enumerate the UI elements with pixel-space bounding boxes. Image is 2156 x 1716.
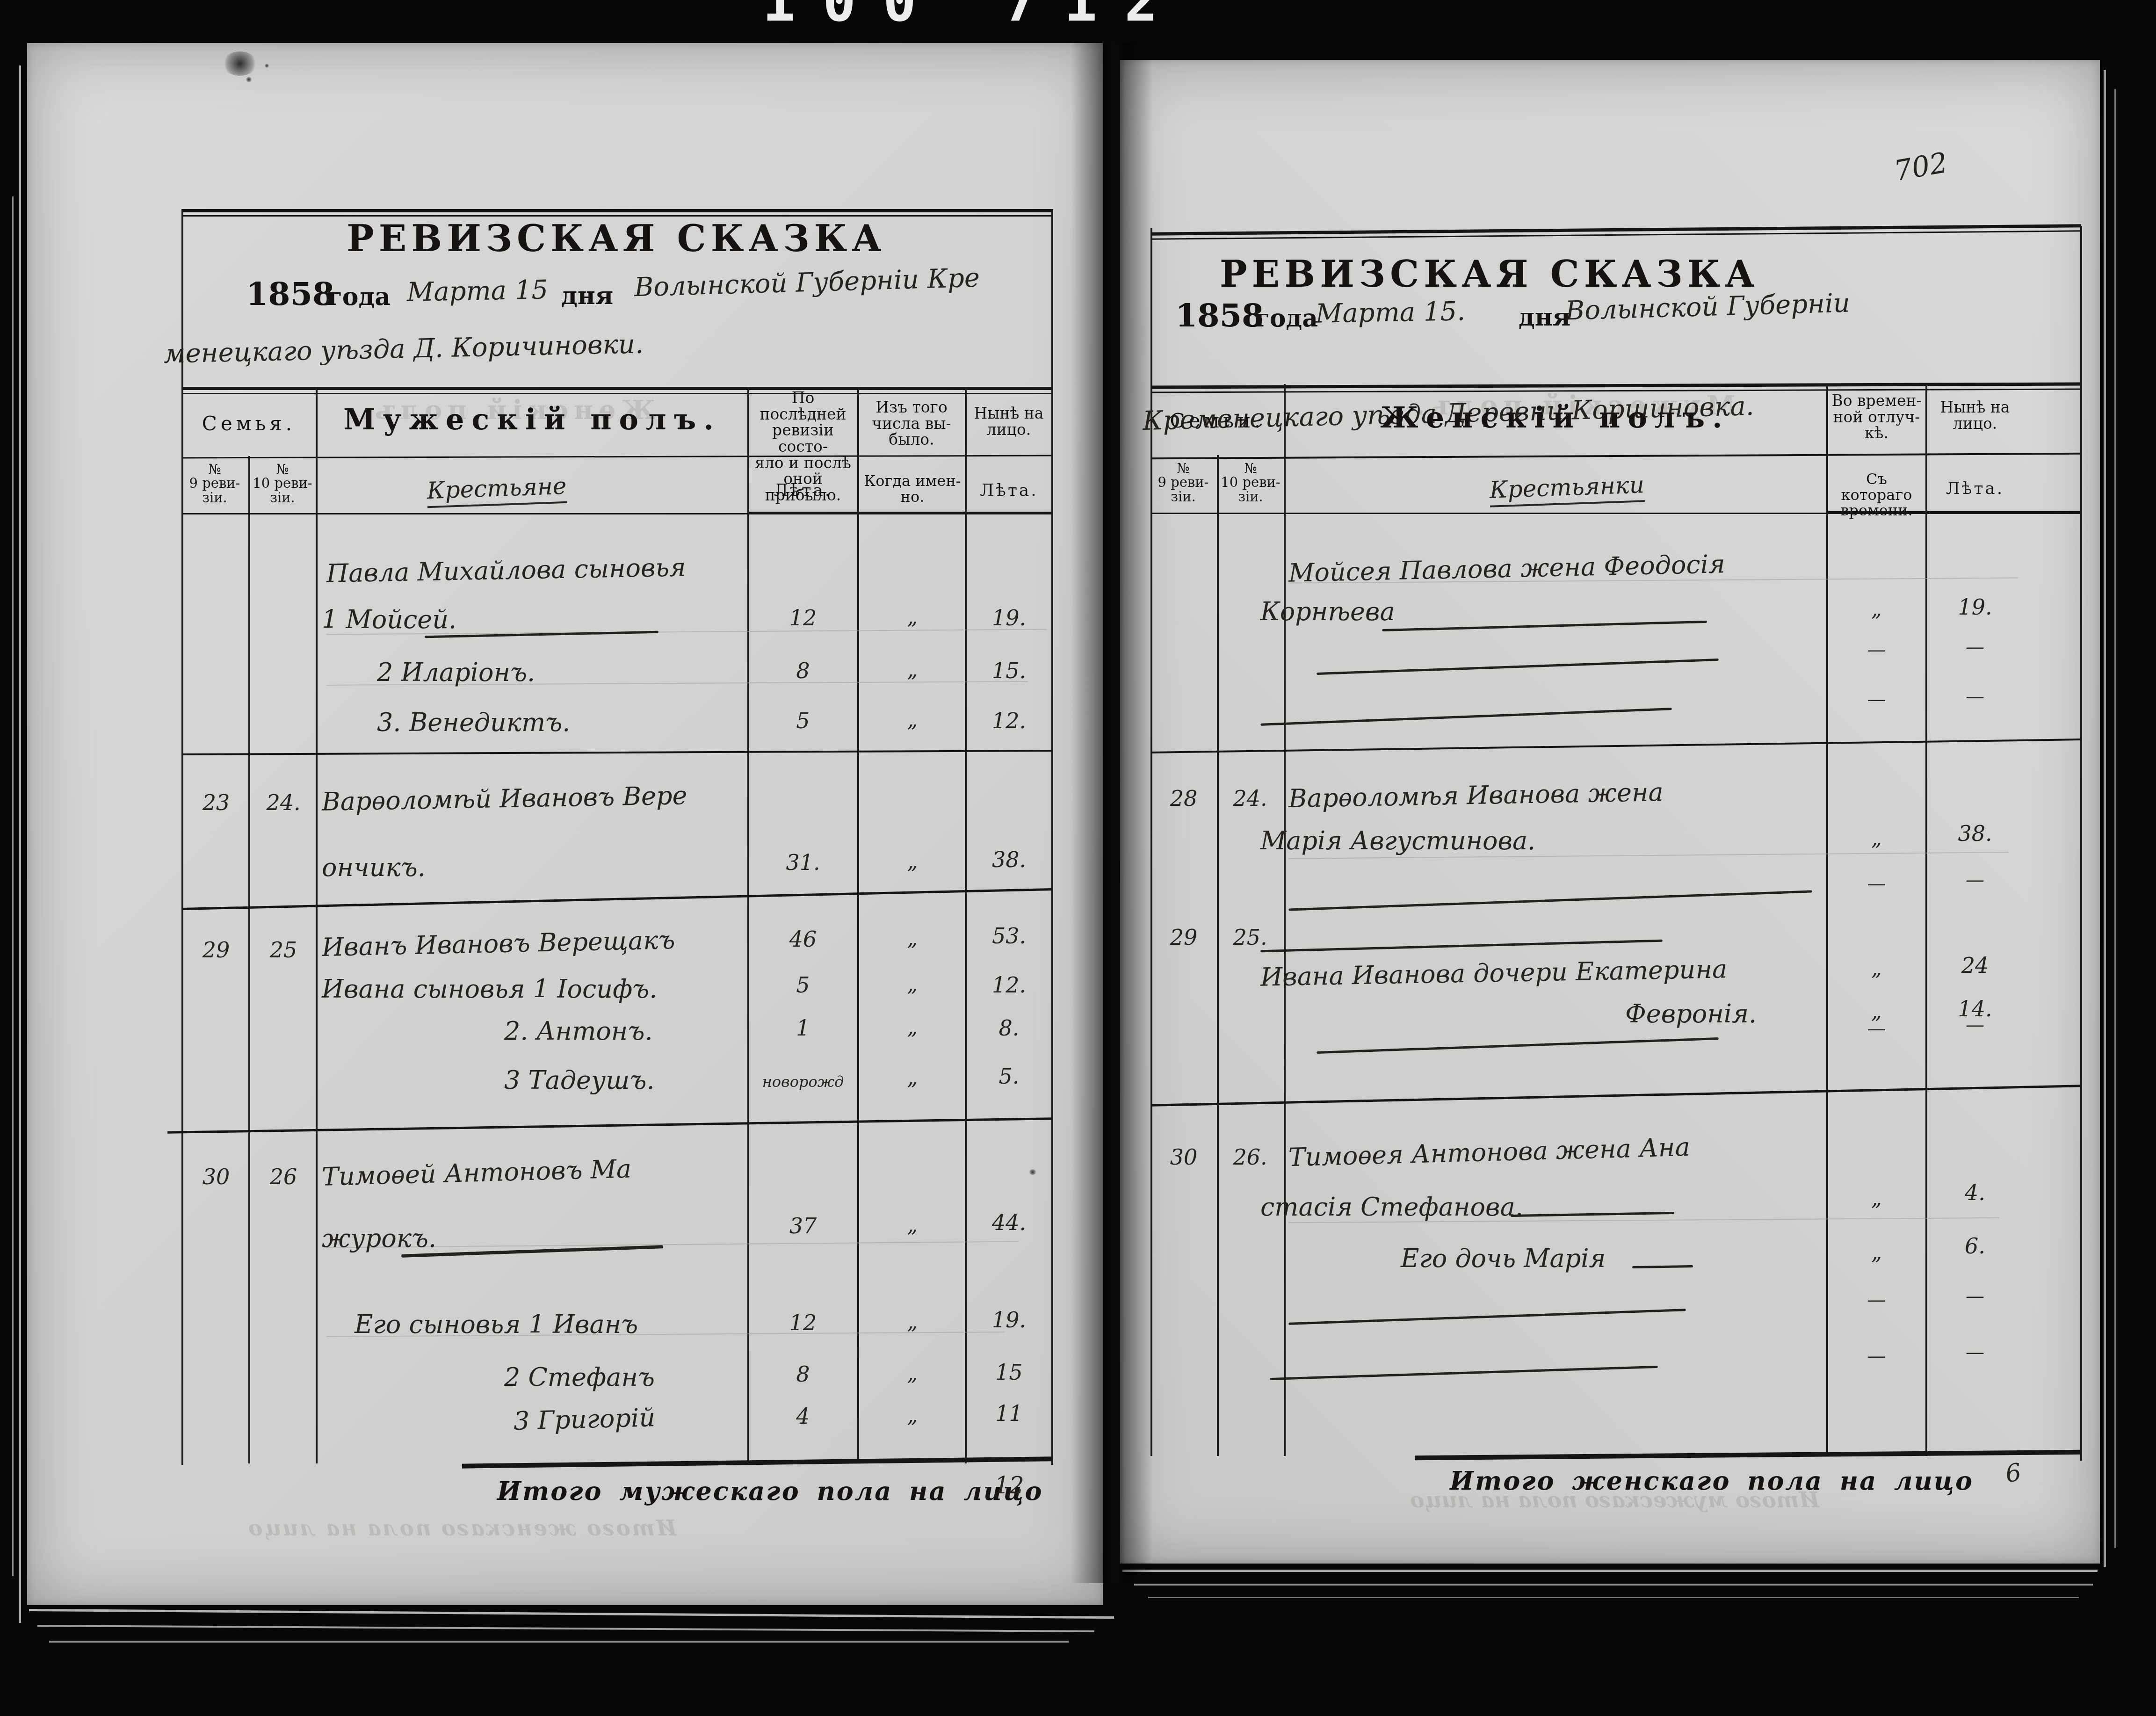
age-now: 44. — [968, 1211, 1050, 1234]
page-torn-edge — [2114, 89, 2116, 1548]
absence-since: — — [1829, 874, 1924, 893]
book-gutter — [1071, 42, 1153, 1583]
row-name: журокъ. — [322, 1225, 436, 1252]
table-rule — [1150, 383, 2081, 389]
row-name: Иванъ Ивановъ Верещакъ — [321, 927, 675, 961]
col-header-present: Нынѣ на лицо. — [1928, 399, 2022, 432]
age-last-revision: 46 — [750, 928, 856, 950]
subcol-peasants: Крестьяне — [427, 474, 567, 508]
ruled-line — [425, 631, 658, 638]
page-stack-edge — [49, 1641, 1069, 1643]
departed-when: „ — [861, 851, 964, 873]
subcol-rev9: № 9 реви- зіи. — [182, 462, 247, 505]
table-rule — [181, 209, 1052, 212]
page-stack-edge — [37, 1625, 1094, 1632]
ink-smudge — [265, 64, 269, 68]
age-now: 5. — [968, 1065, 1050, 1087]
row-name: Ивана сыновья 1 Іосифъ. — [322, 976, 658, 1003]
row-name: Варѳоломѣя Иванова жена — [1288, 779, 1664, 812]
date-year: 1858 — [1175, 299, 1264, 333]
age-now: — — [1928, 1342, 2022, 1362]
departed-when: „ — [861, 928, 964, 949]
age-now: 38. — [1928, 822, 2022, 845]
absence-since: „ — [1829, 828, 1924, 849]
family-no-rev10: 26 — [251, 1166, 316, 1188]
absence-since: „ — [1829, 958, 1924, 979]
age-now: 19. — [1928, 596, 2022, 618]
age-now: 15. — [968, 659, 1050, 682]
row-name: 2. Антонъ. — [504, 1018, 653, 1045]
col-header-absence: Во времен- ной отлуч- кѣ. — [1829, 393, 1924, 442]
departed-when: „ — [861, 1405, 964, 1426]
age-last-revision: 8 — [750, 1363, 856, 1385]
age-last-revision: 31. — [750, 851, 856, 874]
age-now: — — [1928, 870, 2022, 890]
date-dnya-label: дня — [561, 283, 613, 309]
age-now: — — [1928, 1015, 2022, 1035]
family-no-rev9: 30 — [1152, 1146, 1215, 1168]
absence-since: „ — [1829, 1188, 1924, 1209]
row-name: стасія Стефанова. — [1260, 1194, 1523, 1221]
table-border-right — [1051, 209, 1053, 1465]
age-now: 53. — [968, 925, 1050, 947]
total-label: Итого женскаго пола на лицо — [1450, 1468, 1974, 1494]
age-last-revision: новорожд — [750, 1074, 856, 1090]
ink-smudge — [246, 77, 252, 82]
age-last-revision: 4 — [750, 1405, 856, 1427]
col-header-gender: Мужескій полъ. — [317, 404, 747, 434]
ruled-line — [1260, 940, 1663, 953]
date-dnya-label: дня — [1519, 305, 1570, 331]
row-family-heading: Мойсея Павлова жена Феодосія — [1288, 551, 1726, 586]
page-stack-edge — [1134, 1584, 2093, 1586]
age-now: 6. — [1928, 1235, 2022, 1257]
absence-since: — — [1829, 1346, 1924, 1366]
row-family-heading: Павла Михайлова сыновья — [326, 554, 686, 587]
family-separator — [1150, 1085, 2081, 1107]
row-name: Ивана Иванова дочери Екатерина — [1260, 956, 1728, 991]
total-value: 12 — [972, 1473, 1047, 1498]
film-strip: 100 712 — [720, 0, 1469, 27]
page-stack-edge — [1148, 1597, 2079, 1598]
age-last-revision: 12 — [750, 1311, 856, 1334]
column-line — [248, 456, 250, 1463]
absence-since: — — [1829, 1019, 1924, 1038]
column-line — [1925, 384, 1927, 1456]
ruled-line — [1260, 708, 1672, 726]
age-now: 19. — [968, 607, 1050, 629]
row-name: ончикъ. — [322, 854, 426, 881]
family-no-rev10: 25. — [1218, 926, 1282, 949]
absence-since: — — [1829, 1290, 1924, 1310]
family-no-rev10: 24. — [251, 791, 316, 814]
family-no-rev10: 25 — [251, 939, 316, 961]
age-now: 15 — [968, 1361, 1050, 1383]
age-now: 38. — [968, 848, 1050, 871]
table-border-left — [181, 209, 183, 1465]
family-no-rev9: 29 — [1152, 926, 1215, 949]
page-stack-edge — [12, 196, 14, 1576]
total-rule — [462, 1456, 1052, 1468]
family-no-rev10: 24. — [1218, 787, 1282, 810]
subcol-when: Когда имен- но. — [861, 473, 964, 505]
microfilm-scan: 100 712 — [0, 0, 2156, 1716]
subcol-since: Съ котораго времени. — [1829, 471, 1924, 519]
ruled-line — [1632, 1265, 1693, 1268]
page-title: РЕВИЗСКАЯ СКАЗКА — [181, 220, 1051, 258]
ink-smudge — [223, 51, 257, 76]
page-stack-edge — [1122, 1570, 2098, 1572]
col-header-gender: Женскій полъ. — [1284, 402, 1826, 433]
date-month-day: Марта 15 — [407, 276, 549, 306]
absence-since: — — [1829, 640, 1924, 659]
column-line — [1284, 384, 1286, 1456]
column-line — [747, 387, 749, 1463]
folio-number: 702 — [1892, 148, 1950, 187]
table-rule — [181, 215, 1052, 217]
age-last-revision: 5 — [750, 974, 856, 996]
age-now: 19. — [968, 1309, 1050, 1331]
family-no-rev9: 29 — [184, 939, 248, 961]
family-no-rev9: 28 — [1152, 787, 1215, 810]
subcol-rev10: № 10 реви- зіи. — [1218, 461, 1283, 504]
date-month-day: Марта 15. — [1316, 298, 1466, 328]
age-last-revision: 37 — [750, 1215, 856, 1237]
page-stack-edge — [19, 65, 21, 1623]
date-goda-label: года — [1255, 306, 1318, 332]
ruled-line — [1288, 1309, 1686, 1325]
row-name: Корнѣева — [1260, 599, 1395, 625]
total-rule — [1415, 1450, 2081, 1460]
ruled-line — [1382, 621, 1707, 631]
table-rule — [181, 455, 1052, 459]
column-line — [1217, 455, 1219, 1456]
age-now: 4. — [1928, 1181, 2022, 1204]
ruled-line — [1270, 1366, 1658, 1380]
column-line — [1826, 384, 1828, 1456]
row-name: Тимоѳея Антонова жена Ана — [1288, 1134, 1690, 1171]
page-torn-edge — [2104, 70, 2106, 1567]
age-now: — — [1928, 1286, 2022, 1306]
subcol-years-now: Лѣта. — [968, 482, 1050, 500]
age-last-revision: 1 — [750, 1017, 856, 1039]
age-last-revision: 8 — [750, 659, 856, 682]
film-frame-counter: 100 712 — [762, 0, 1185, 27]
age-now: 8. — [968, 1017, 1050, 1039]
col-header-present: Нынѣ на лицо. — [967, 405, 1050, 438]
row-name: Марія Августинова. — [1260, 828, 1535, 854]
bleedthrough-text: Итого женскаго пола на лицо — [247, 1515, 676, 1541]
departed-when: „ — [861, 1067, 964, 1089]
table-border-right — [2080, 226, 2082, 1461]
age-now: — — [1928, 687, 2022, 706]
row-name: 2 Иларіонъ. — [377, 659, 535, 686]
table-rule — [747, 512, 1052, 514]
total-value: 6 — [1984, 1457, 2043, 1490]
table-rule — [1150, 453, 2081, 459]
ruled-line — [1317, 1037, 1719, 1054]
column-line — [857, 387, 859, 1463]
absence-since: „ — [1829, 1242, 1924, 1264]
date-place-line2: менецкаго уѣзда Д. Коричиновки. — [163, 331, 644, 368]
family-no-rev9: 30 — [184, 1166, 248, 1188]
family-separator — [181, 750, 1052, 755]
col-header-departed: Изъ того числа вы- было. — [861, 399, 962, 448]
subcol-peasants: Крестьянки — [1489, 472, 1645, 507]
date-place: Волынской Губерніи Кре — [634, 265, 980, 302]
left-page: Женскій полъ. Итого женскаго пола на лиц… — [27, 43, 1103, 1605]
row-name: Тимоѳей Антоновъ Ма — [321, 1156, 631, 1190]
departed-when: „ — [861, 1017, 964, 1038]
col-header-family: Семьи. — [1150, 411, 1284, 431]
absence-since: „ — [1829, 599, 1924, 620]
family-separator — [167, 1117, 1052, 1134]
departed-when: „ — [861, 659, 964, 681]
row-name: 3 Григорій — [513, 1405, 655, 1435]
row-name: 3. Венедиктъ. — [377, 710, 570, 736]
departed-when: „ — [861, 1311, 964, 1333]
family-no-rev9: 23 — [184, 791, 248, 814]
date-year: 1858 — [246, 278, 334, 311]
ruled-line — [1511, 1212, 1674, 1217]
date-place: Волынской Губерніи — [1565, 290, 1850, 326]
row-name: 3 Тадеушъ. — [504, 1067, 655, 1094]
col-header-family: Семья. — [181, 413, 316, 434]
departed-when: „ — [861, 1363, 964, 1384]
row-name: Его дочь Марія — [1401, 1245, 1606, 1272]
age-now: 12. — [968, 710, 1050, 732]
age-last-revision: 5 — [750, 710, 856, 732]
absence-since: — — [1829, 689, 1924, 709]
ink-blot — [1029, 1169, 1036, 1175]
age-last-revision: 12 — [750, 607, 856, 629]
age-now: — — [1928, 637, 2022, 657]
column-line — [965, 387, 967, 1463]
row-name: Февронія. — [1625, 1001, 1757, 1028]
subcol-rev10: № 10 реви- зіи. — [250, 462, 315, 505]
date-goda-label: года — [327, 284, 391, 310]
family-no-rev10: 26. — [1218, 1146, 1282, 1168]
age-now: 12. — [968, 974, 1050, 996]
table-rule — [181, 393, 1052, 394]
row-name: 1 Мойсей. — [322, 607, 456, 633]
right-page: 702 Мужескій полъ. Итого мужескаго пола … — [1120, 60, 2100, 1564]
table-rule — [181, 387, 1052, 390]
family-separator — [181, 888, 1052, 910]
row-name: 2 Стефанъ — [504, 1364, 655, 1391]
age-now: 24 — [1928, 954, 2022, 977]
family-separator — [1150, 739, 2081, 753]
age-now: 11 — [968, 1402, 1050, 1425]
departed-when: „ — [861, 710, 964, 731]
departed-when: „ — [861, 974, 964, 995]
row-name: Варѳоломѣй Ивановъ Вере — [322, 782, 687, 815]
subcol-years-prev: Лѣта. — [750, 482, 856, 500]
subcol-rev9: № 9 реви- зіи. — [1151, 461, 1215, 504]
departed-when: „ — [861, 1215, 964, 1236]
page-stack-edge — [29, 1609, 1114, 1619]
column-line — [316, 387, 318, 1463]
departed-when: „ — [861, 607, 964, 628]
ruled-line — [1288, 890, 1812, 911]
total-label: Итого мужескаго пола на лицо — [497, 1478, 1043, 1505]
row-name: Его сыновья 1 Иванъ — [355, 1311, 638, 1338]
ruled-line — [1317, 659, 1719, 675]
page-title: РЕВИЗСКАЯ СКАЗКА — [1150, 255, 1829, 294]
subcol-years: Лѣта. — [1928, 480, 2022, 498]
